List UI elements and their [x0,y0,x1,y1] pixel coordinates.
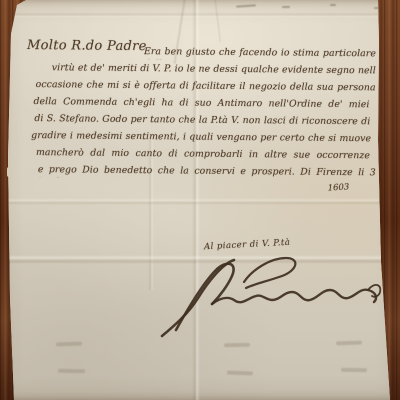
letter-line: gradire i medesimi sentimenti, i quali v… [31,130,371,146]
letter-line: virtù et de' meriti di V. P. io le ne de… [52,62,376,78]
hinge-mark [227,371,253,376]
hinge-mark [58,369,85,373]
hinge-mark [224,343,250,347]
paper-speck [282,6,290,8]
letter-line: Era ben giusto che facendo io stima part… [144,46,376,61]
letter-line: e prego Dio benedetto che la conservi e … [38,164,376,180]
letter-date-year: 1603 [327,182,349,193]
letter-salutation: Molto R.do Padre [27,38,147,54]
letter-line: della Commenda ch'egli ha di suo Antimar… [33,96,369,112]
letter-line: occasione che mi si è offerta di facilit… [36,79,376,95]
paper-speck [374,7,379,9]
letter-line: mancherò dal mio canto di comprobarli in… [36,147,370,163]
letter-paper: Molto R.do Padre Era ben giusto che face… [0,0,400,400]
signature-autograph [146,254,390,346]
hinge-mark [341,368,367,372]
paper-edge-chip [7,167,12,177]
paper-speck [330,4,336,6]
photo-background-wood: Molto R.do Padre Era ben giusto che face… [0,0,400,400]
letter-line: di S. Stefano. Godo per tanto che la P.t… [34,113,370,129]
